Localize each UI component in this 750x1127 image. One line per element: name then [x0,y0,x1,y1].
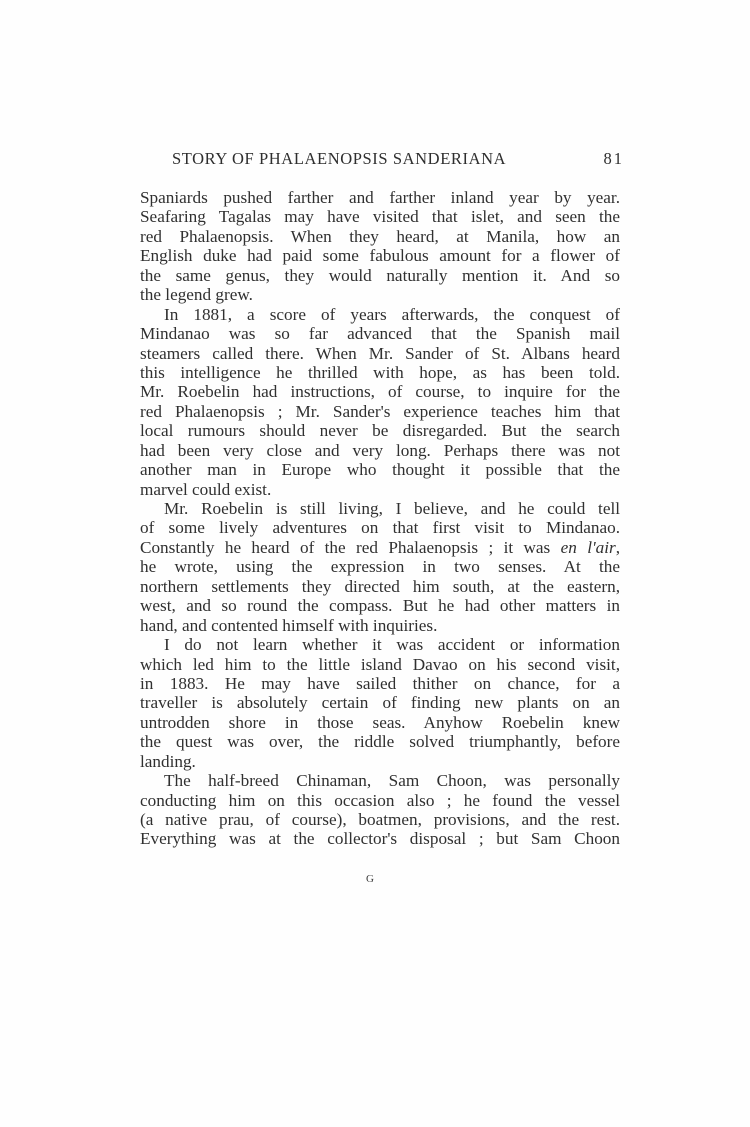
text-line-content: had been very close and very long. Perha… [140,441,620,460]
text-line: the legend grew. [140,285,620,304]
text-line-content: Spaniards pushed farther and farther inl… [140,188,620,207]
body-text: Spaniards pushed farther and farther inl… [140,188,620,849]
text-line-content: Everything was at the collector's dispos… [140,829,620,848]
text-line-content: English duke had paid some fabulous amou… [140,246,620,265]
text-line: Mr. Roebelin had instructions, of course… [140,382,620,401]
text-line-content: west, and so round the compass. But he h… [140,596,620,615]
text-line: (a native prau, of course), boatmen, pro… [140,810,620,829]
text-line-content: this intelligence he thrilled with hope,… [140,363,620,382]
text-line-content: conducting him on this occasion also ; h… [140,791,620,810]
text-line-content: steamers called there. When Mr. Sander o… [140,344,620,363]
text-line-content: Seafaring Tagalas may have visited that … [140,207,620,226]
text-line: red Phalaenopsis ; Mr. Sander's experien… [140,402,620,421]
text-line: Spaniards pushed farther and farther inl… [140,188,620,207]
text-line-content: hand, and contented himself with inquiri… [140,616,437,635]
text-line-content: Mr. Roebelin is still living, I believe,… [164,499,620,518]
text-line-tail: , [616,538,620,557]
text-line-content: landing. [140,752,196,771]
text-line: Mindanao was so far advanced that the Sp… [140,324,620,343]
text-line-content: Mindanao was so far advanced that the Sp… [140,324,620,343]
text-line: another man in Europe who thought it pos… [140,460,620,479]
text-line: English duke had paid some fabulous amou… [140,246,620,265]
text-line-content: the quest was over, the riddle solved tr… [140,732,620,751]
text-line-content: local rumours should never be disregarde… [140,421,620,440]
text-line-content: the same genus, they would naturally men… [140,266,620,285]
text-line-content: the legend grew. [140,285,253,304]
text-line: In 1881, a score of years afterwards, th… [140,305,620,324]
text-line-content: red Phalaenopsis. When they heard, at Ma… [140,227,620,246]
text-line-content: (a native prau, of course), boatmen, pro… [140,810,620,829]
text-line-content: Constantly he heard of the red Phalaenop… [140,538,561,557]
text-line-content: I do not learn whether it was accident o… [164,635,620,654]
text-line: conducting him on this occasion also ; h… [140,791,620,810]
text-line-content: marvel could exist. [140,480,271,499]
text-line-content: Mr. Roebelin had instructions, of course… [140,382,620,401]
text-line: untrodden shore in those seas. Anyhow Ro… [140,713,620,732]
text-line: had been very close and very long. Perha… [140,441,620,460]
text-line: which led him to the little island Davao… [140,655,620,674]
text-line: The half-breed Chinaman, Sam Choon, was … [140,771,620,790]
text-line: Mr. Roebelin is still living, I believe,… [140,499,620,518]
text-line: Seafaring Tagalas may have visited that … [140,207,620,226]
text-line-content: which led him to the little island Davao… [140,655,620,674]
text-line: he wrote, using the expression in two se… [140,557,620,576]
text-line: of some lively adventures on that first … [140,518,620,537]
text-line-content: In 1881, a score of years afterwards, th… [164,305,620,324]
page-number: 81 [604,149,625,169]
text-line: the same genus, they would naturally men… [140,266,620,285]
text-line: the quest was over, the riddle solved tr… [140,732,620,751]
text-line: traveller is absolutely certain of findi… [140,693,620,712]
text-line: I do not learn whether it was accident o… [140,635,620,654]
running-head-title: STORY OF PHALAENOPSIS SANDERIANA [172,149,506,169]
printer-signature-mark: G [366,873,374,885]
text-line-content: in 1883. He may have sailed thither on c… [140,674,620,693]
text-line: this intelligence he thrilled with hope,… [140,363,620,382]
text-line-content: another man in Europe who thought it pos… [140,460,620,479]
text-line: red Phalaenopsis. When they heard, at Ma… [140,227,620,246]
text-line: steamers called there. When Mr. Sander o… [140,344,620,363]
text-line-content: of some lively adventures on that first … [140,518,620,537]
text-line: west, and so round the compass. But he h… [140,596,620,615]
text-line-content: traveller is absolutely certain of findi… [140,693,620,712]
text-line: marvel could exist. [140,480,620,499]
text-line: hand, and contented himself with inquiri… [140,616,620,635]
text-line: in 1883. He may have sailed thither on c… [140,674,620,693]
italic-phrase: en l'air [561,538,616,557]
running-head: STORY OF PHALAENOPSIS SANDERIANA 81 [172,149,624,171]
text-line: local rumours should never be disregarde… [140,421,620,440]
text-line: Everything was at the collector's dispos… [140,829,620,848]
text-line-content: northern settlements they directed him s… [140,577,620,596]
text-line-content: red Phalaenopsis ; Mr. Sander's experien… [140,402,620,421]
text-line-content: untrodden shore in those seas. Anyhow Ro… [140,713,620,732]
text-line: landing. [140,752,620,771]
text-line-content: The half-breed Chinaman, Sam Choon, was … [164,771,620,790]
text-line: Constantly he heard of the red Phalaenop… [140,538,620,557]
text-line-content: he wrote, using the expression in two se… [140,557,620,576]
text-line: northern settlements they directed him s… [140,577,620,596]
book-page: STORY OF PHALAENOPSIS SANDERIANA 81 Span… [0,0,750,1127]
